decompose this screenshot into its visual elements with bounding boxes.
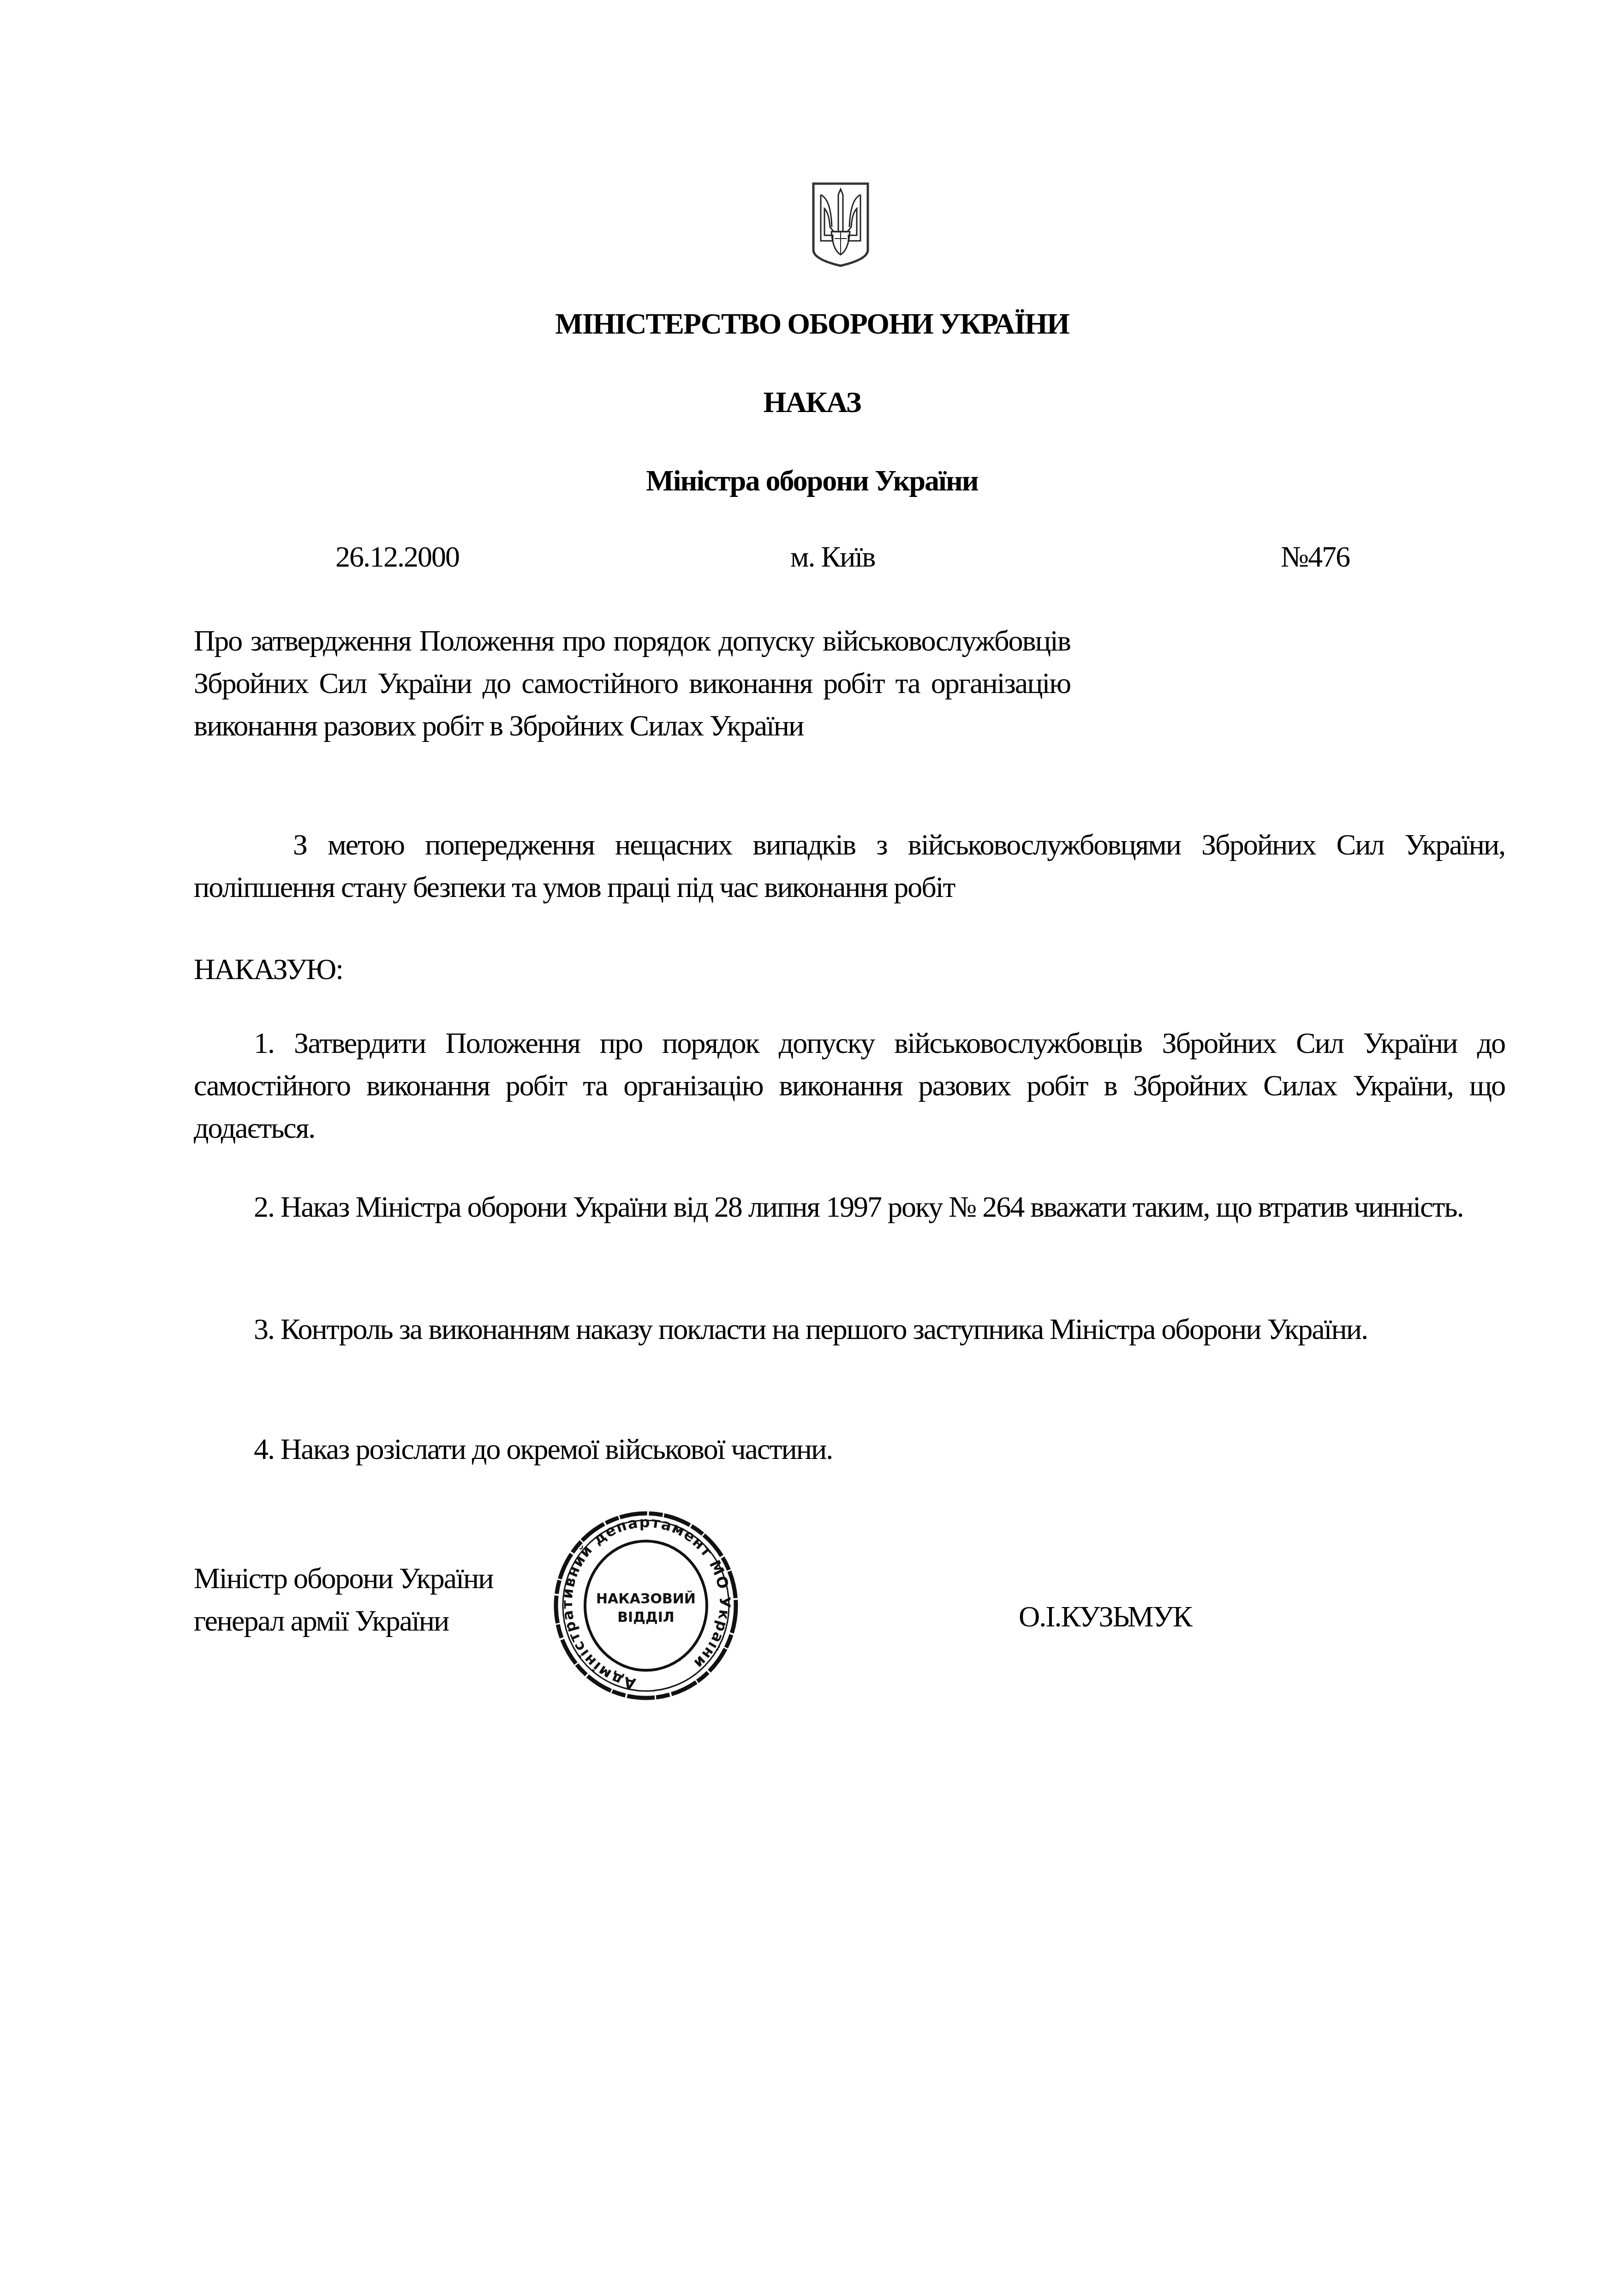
- document-subject: Про затвердження Положення про порядок д…: [194, 620, 1070, 747]
- coat-of-arms-icon: [811, 181, 871, 268]
- document-page: МІНІСТЕРСТВО ОБОРОНИ УКРАЇНИ НАКАЗ Мініс…: [0, 0, 1624, 2289]
- issuer-line: Міністра оборони України: [0, 464, 1624, 498]
- document-type: НАКАЗ: [0, 385, 1624, 419]
- document-city: м. Київ: [790, 540, 875, 574]
- preamble: З метою попередження нещасних випадків з…: [194, 824, 1505, 908]
- stamp-center-line2: ВІДДІЛ: [617, 1609, 675, 1626]
- order-word: НАКАЗУЮ:: [194, 948, 1505, 991]
- order-item: 4. Наказ розіслати до окремої військової…: [194, 1428, 1505, 1470]
- signatory-position-line1: Міністр оборони України: [194, 1557, 493, 1600]
- document-number: №476: [1281, 540, 1349, 574]
- ministry-title: МІНІСТЕРСТВО ОБОРОНИ УКРАЇНИ: [0, 307, 1624, 341]
- official-stamp-icon: Адміністративний департамент МО України …: [551, 1509, 740, 1703]
- order-item: 2. Наказ Міністра оборони України від 28…: [194, 1186, 1505, 1228]
- order-item: 1. Затвердити Положення про порядок допу…: [194, 1022, 1505, 1149]
- order-item: 3. Контроль за виконанням наказу покласт…: [194, 1308, 1505, 1351]
- signatory-name: О.І.КУЗЬМУК: [1019, 1600, 1192, 1634]
- signatory-position-line2: генерал армії України: [194, 1600, 493, 1642]
- signatory-position: Міністр оборони України генерал армії Ук…: [194, 1557, 493, 1642]
- document-date: 26.12.2000: [335, 540, 459, 574]
- stamp-center-line1: НАКАЗОВИЙ: [596, 1590, 696, 1607]
